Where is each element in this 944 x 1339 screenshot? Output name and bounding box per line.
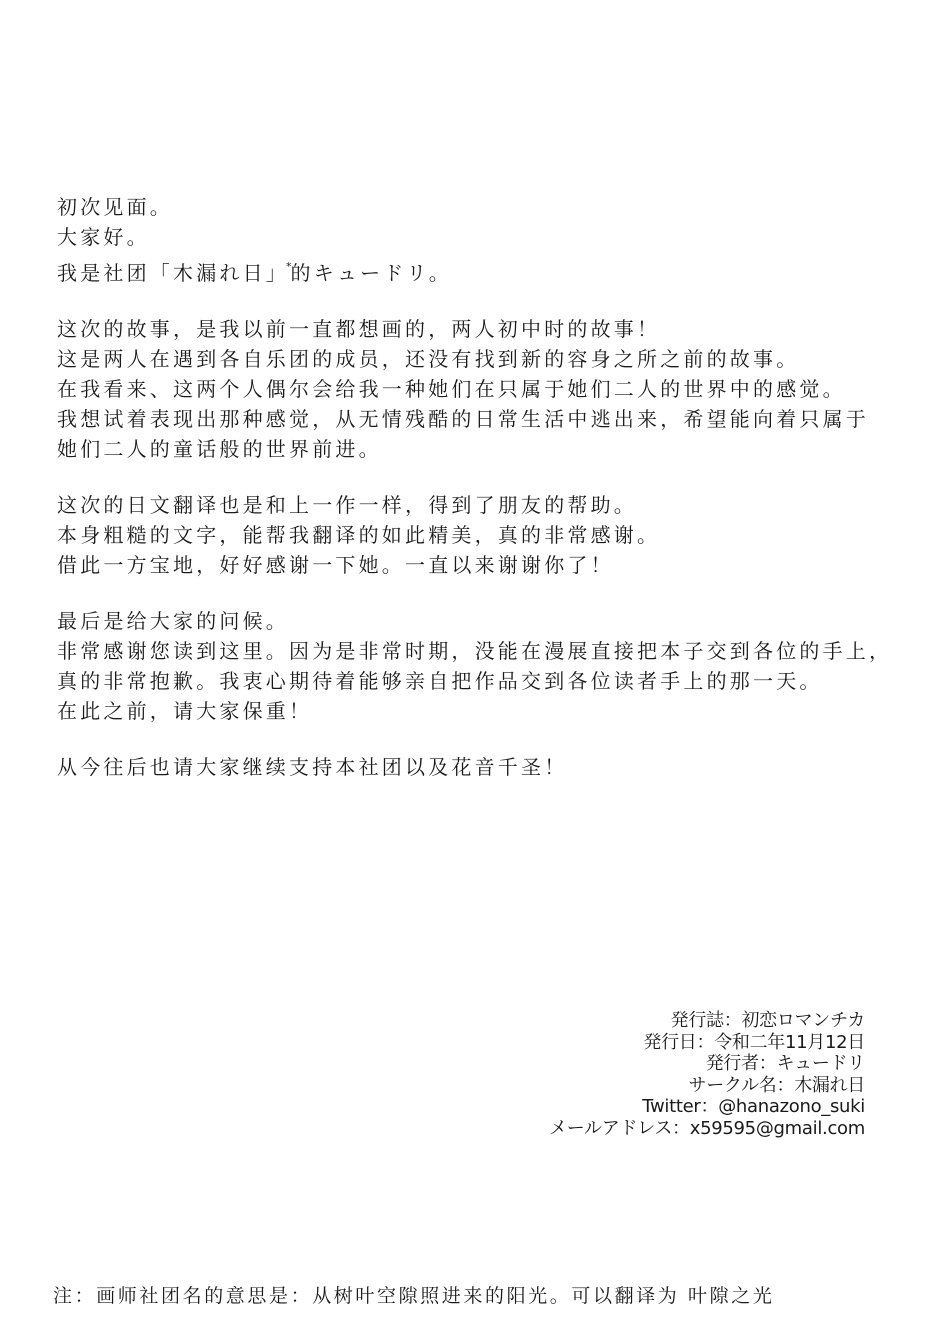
text-line: 从今往后也请大家继续支持本社团以及花音千圣！: [57, 752, 917, 782]
text-line: 初次见面。: [57, 192, 917, 222]
text-line: 大家好。: [57, 222, 917, 252]
text-line: 我想试着表现出那种感觉，从无情残酷的日常生活中逃出来，希望能向着只属于: [57, 404, 917, 434]
translator-footnote: 注：画师社团名的意思是：从树叶空隙照进来的阳光。可以翻译为 叶隙之光: [53, 1282, 774, 1310]
text-line: 她们二人的童话般的世界前进。: [57, 434, 917, 464]
text-line: 在此之前，请大家保重！: [57, 696, 917, 726]
circle-intro-line: 我是社团「木漏れ日」*的キュードリ。: [57, 252, 917, 288]
text-line: 借此一方宝地，好好感谢一下她。一直以来谢谢你了！: [57, 550, 917, 580]
circle-intro-before: 我是社团「木漏れ日」: [57, 261, 289, 285]
colophon-publication: 発行誌：初恋ロマンチカ: [549, 1010, 865, 1032]
colophon-twitter: Twitter：@hanazono_suki: [549, 1096, 865, 1118]
paragraph-greeting: 初次见面。 大家好。 我是社团「木漏れ日」*的キュードリ。: [57, 192, 917, 288]
text-line: 真的非常抱歉。我衷心期待着能够亲自把作品交到各位读者手上的那一天。: [57, 666, 917, 696]
colophon-email: メールアドレス：x59595@gmail.com: [549, 1118, 865, 1140]
afterword-body: 初次见面。 大家好。 我是社团「木漏れ日」*的キュードリ。 这次的故事，是我以前…: [57, 192, 917, 808]
paragraph-closing-greeting: 最后是给大家的问候。 非常感谢您读到这里。因为是非常时期，没能在漫展直接把本子交…: [57, 606, 917, 726]
circle-intro-after: 的キュードリ。: [291, 261, 452, 285]
paragraph-support-request: 从今往后也请大家继续支持本社团以及花音千圣！: [57, 752, 917, 782]
text-line: 非常感谢您读到这里。因为是非常时期，没能在漫展直接把本子交到各位的手上，: [57, 636, 917, 666]
text-line: 这次的故事，是我以前一直都想画的，两人初中时的故事！: [57, 314, 917, 344]
text-line: 这次的日文翻译也是和上一作一样，得到了朋友的帮助。: [57, 490, 917, 520]
colophon-date: 発行日：令和二年11月12日: [549, 1032, 865, 1054]
colophon-circle-name: サークル名：木漏れ日: [549, 1075, 865, 1097]
text-line: 这是两人在遇到各自乐团的成员，还没有找到新的容身之所之前的故事。: [57, 344, 917, 374]
text-line: 最后是给大家的问候。: [57, 606, 917, 636]
text-line: 本身粗糙的文字，能帮我翻译的如此精美，真的非常感谢。: [57, 520, 917, 550]
text-line: 在我看来、这两个人偶尔会给我一种她们在只属于她们二人的世界中的感觉。: [57, 374, 917, 404]
paragraph-translation-thanks: 这次的日文翻译也是和上一作一样，得到了朋友的帮助。 本身粗糙的文字，能帮我翻译的…: [57, 490, 917, 580]
paragraph-story: 这次的故事，是我以前一直都想画的，两人初中时的故事！ 这是两人在遇到各自乐团的成…: [57, 314, 917, 464]
colophon-publisher: 発行者：キュードリ: [549, 1053, 865, 1075]
colophon: 発行誌：初恋ロマンチカ 発行日：令和二年11月12日 発行者：キュードリ サーク…: [549, 1010, 865, 1139]
